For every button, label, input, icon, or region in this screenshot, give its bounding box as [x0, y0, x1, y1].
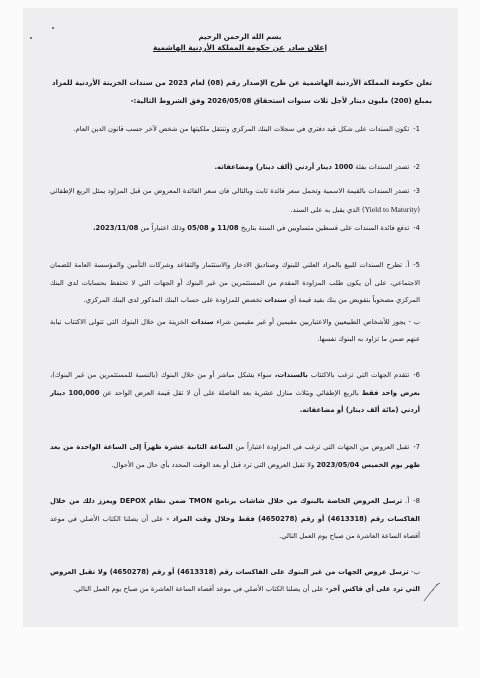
- item-number: 3-: [413, 183, 420, 201]
- condition-item-6: 6-تتقدم الجهات التي ترغب بالاكتتاب بالسن…: [50, 367, 420, 420]
- item-text-mid: وذلك اعتباراً من: [141, 224, 186, 232]
- item-text-mid: سواء بشكل مباشر أو من خلال البنوك (بالنس…: [50, 371, 272, 379]
- condition-item-2: 2-تصدر السندات بفئة 1000 دينار أردني (أل…: [50, 159, 420, 177]
- item-text: تصدر السندات بفئة: [355, 163, 409, 171]
- conjunction: و: [211, 224, 215, 232]
- item-text-suffix: ) الذي يقبل به على السند.: [290, 206, 364, 214]
- denomination-bold: 1000 دينار أردني (ألف دينار) ومضاعفاته.: [214, 163, 353, 171]
- intro-paragraph: تعلن حكومة المملكة الأردنية الهاشمية عن …: [52, 74, 432, 110]
- sub-item-b: ب - يجوز للأشخاص الطبيعيين والاعتباريين …: [50, 314, 420, 349]
- sub-item-a-suffix: تخصص للمزاودة على حساب البنك المذكور لدى…: [84, 296, 262, 304]
- scan-artifact-dot: [52, 27, 54, 29]
- condition-item-1: 1-تكون السندات على شكل قيد دفتري في سجلا…: [50, 121, 420, 139]
- item-number: 5-: [413, 257, 420, 275]
- item-number: 8-: [413, 493, 420, 511]
- condition-item-7: 7-تقبل العروض من الجهات التي ترغب في الم…: [50, 439, 420, 474]
- document-title: إعلان صادر عن حكومة المملكة الأردنية اله…: [40, 43, 440, 52]
- sub-item-b-suffix: على أن يصلنا الكتاب الأصلي في موعد أقصاه…: [73, 585, 323, 593]
- bonds-bold: بالسندات،: [275, 371, 308, 379]
- item-text: تقبل العروض من الجهات التي ترغب في المزا…: [235, 443, 409, 451]
- coupon-date-2: 05/08: [187, 224, 208, 232]
- sub-item-label-b: ب-: [411, 568, 420, 576]
- sub-item-label-b: ب -: [408, 318, 420, 326]
- item-number: 7-: [413, 439, 420, 457]
- item-text: تتقدم الجهات التي ترغب بالاكتتاب: [311, 371, 409, 379]
- item-text: تدفع فائدة السندات على قسطين متساويين في…: [241, 224, 409, 232]
- condition-item-4: 4-تدفع فائدة السندات على قسطين متساويين …: [50, 220, 420, 238]
- item-text: تكون السندات على شكل قيد دفتري في سجلات …: [73, 125, 409, 133]
- interest-start-date: 2023/11/08.: [93, 224, 138, 232]
- item-number: 4-: [413, 220, 420, 238]
- yield-to-maturity-term: Yield to Maturity: [365, 205, 418, 214]
- signature-icon: [420, 580, 444, 604]
- coupon-date-1: 11/08: [217, 224, 238, 232]
- condition-item-3: 3-تصدر السندات بالقيمة الاسمية وتحمل سعر…: [50, 183, 420, 219]
- condition-item-5: 5-أ. تطرح السندات للبيع بالمزاد العلني ل…: [50, 257, 420, 349]
- bonds-bold: سندات: [191, 318, 214, 326]
- sub-item-label-a: أ.: [405, 261, 409, 269]
- item-number: 2-: [413, 159, 420, 177]
- sub-item-label-a: أ.: [405, 497, 409, 505]
- single-offer-bold: بعرض واحد فقط: [362, 389, 420, 397]
- condition-item-8: 8-أ. ترسل العروض الخاصة بالبنوك من خلال …: [50, 493, 420, 599]
- item-text-suffix: ولا تقبل العروض التي ترد قبل أو بعد الوق…: [111, 461, 314, 469]
- item-number: 6-: [413, 367, 420, 385]
- bonds-bold: سندات: [264, 296, 287, 304]
- basmala-heading: بسم الله الرحمن الرحيم: [40, 33, 440, 41]
- sub-item-b-text: يجوز للأشخاص الطبيعيين والاعتباريين مقيم…: [216, 318, 405, 326]
- sub-item-b: ب- ترسل عروض الجهات من غير البنوك على ال…: [50, 564, 420, 599]
- scan-artifact-dot: [30, 37, 32, 39]
- item-number: 1-: [413, 121, 420, 139]
- item-text-mid2: بالربع الإطفائي وبثلاث منازل عشرية بعد ا…: [102, 389, 358, 397]
